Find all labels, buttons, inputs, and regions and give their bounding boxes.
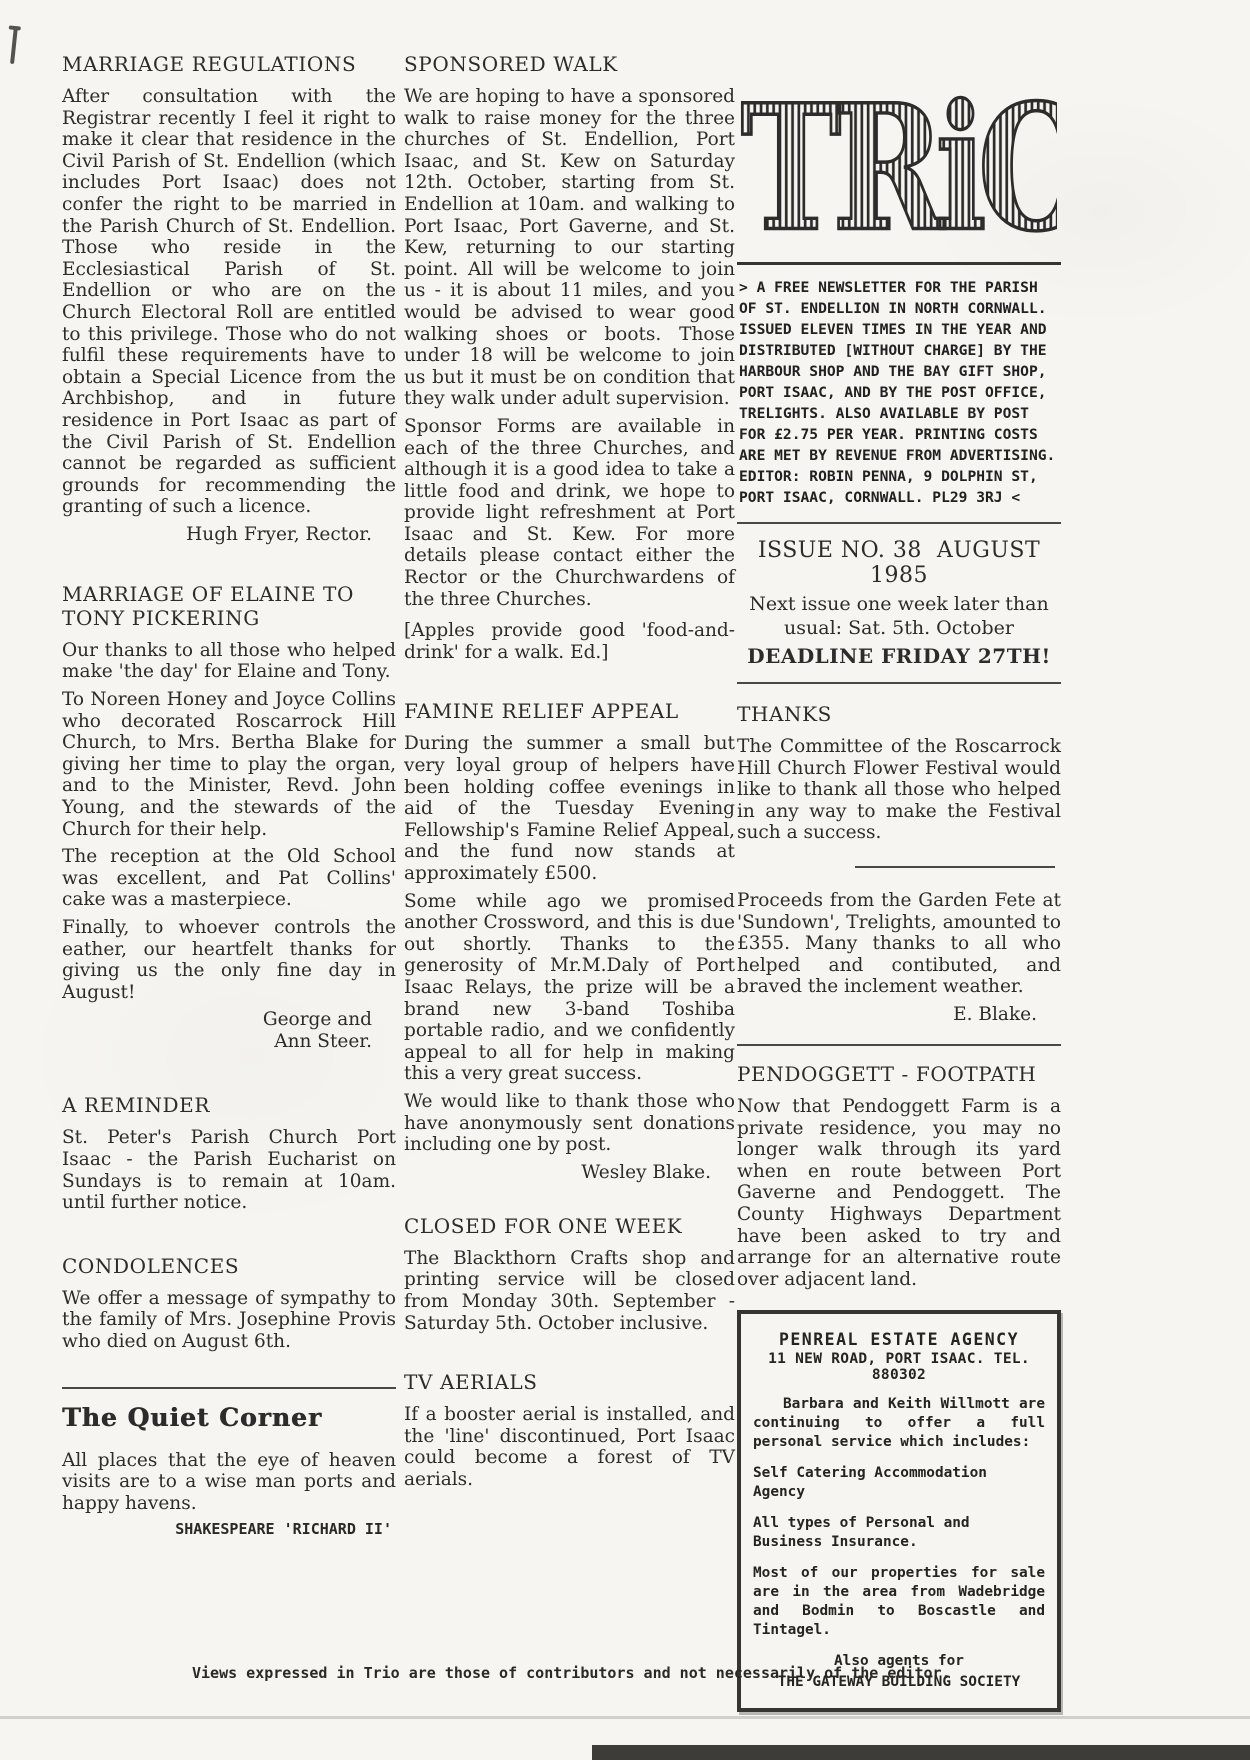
article-signature: E. Blake. <box>737 1004 1037 1026</box>
article-title: FAMINE RELIEF APPEAL <box>404 699 735 723</box>
article-paragraph: During the summer a small but very loyal… <box>404 733 735 884</box>
trio-masthead: TRiO <box>739 56 1061 262</box>
article-thanks: THANKS The Committee of the Roscarrock H… <box>737 702 1061 1026</box>
article-paragraph: St. Peter's Parish Church Port Isaac - t… <box>62 1127 396 1213</box>
advert-address: 11 NEW ROAD, PORT ISAAC. TEL. 880302 <box>753 1351 1045 1383</box>
next-issue-note: Next issue one week later than usual: Sa… <box>737 592 1061 640</box>
article-paragraph: Our thanks to all those who helped make … <box>62 640 396 683</box>
article-paragraph: Some while ago we promised another Cross… <box>404 891 735 1085</box>
article-paragraph: We offer a message of sympathy to the fa… <box>62 1288 396 1353</box>
article-paragraph: After consultation with the Registrar re… <box>62 86 396 518</box>
advert-item: All types of Personal and Business Insur… <box>753 1514 1045 1552</box>
article-paragraph: Sponsor Forms are available in each of t… <box>404 416 735 610</box>
bottom-scan-bar <box>592 1745 1250 1760</box>
editor-note: [Apples provide good 'food-and-drink' fo… <box>404 620 735 663</box>
article-title: A REMINDER <box>62 1093 396 1117</box>
column-left: MARRIAGE REGULATIONS After consultation … <box>62 52 396 1538</box>
bottom-rule <box>0 1716 1250 1719</box>
article-title: MARRIAGE REGULATIONS <box>62 52 396 76</box>
article-closed-for-one-week: CLOSED FOR ONE WEEK The Blackthorn Craft… <box>404 1214 735 1334</box>
advert-properties: Most of our properties for sale are in t… <box>753 1564 1045 1640</box>
deadline-note: DEADLINE FRIDAY 27TH! <box>737 644 1061 668</box>
article-tv-aerials: TV AERIALS If a booster aerial is instal… <box>404 1370 735 1490</box>
column-right: TRiO > A FREE NEWSLETTER FOR THE PARISH … <box>737 52 1061 1712</box>
scan-pen-mark <box>10 26 18 64</box>
article-condolences: CONDOLENCES We offer a message of sympat… <box>62 1254 396 1353</box>
divider-short <box>855 866 1055 868</box>
article-title: CLOSED FOR ONE WEEK <box>404 1214 735 1238</box>
quiet-corner-quote: All places that the eye of heaven visits… <box>62 1450 396 1515</box>
article-paragraph: Now that Pendoggett Farm is a private re… <box>737 1096 1061 1290</box>
article-paragraph: The reception at the Old School was exce… <box>62 846 396 911</box>
article-title: CONDOLENCES <box>62 1254 396 1278</box>
article-marriage-regulations: MARRIAGE REGULATIONS After consultation … <box>62 52 396 546</box>
article-title: SPONSORED WALK <box>404 52 735 76</box>
issue-block: ISSUE NO. 38 AUGUST 1985 Next issue one … <box>737 538 1061 668</box>
article-paragraph: If a booster aerial is installed, and th… <box>404 1404 735 1490</box>
article-pendoggett-footpath: PENDOGGETT - FOOTPATH Now that Pendogget… <box>737 1062 1061 1290</box>
article-paragraph: The Blackthorn Crafts shop and printing … <box>404 1248 735 1334</box>
divider <box>737 522 1061 524</box>
quiet-corner-title: The Quiet Corner <box>62 1403 396 1432</box>
trio-logo-text: TRiO <box>741 67 1057 258</box>
article-paragraph: We would like to thank those who have an… <box>404 1091 735 1156</box>
article-signature: Hugh Fryer, Rector. <box>62 524 372 546</box>
article-title: THANKS <box>737 702 1061 726</box>
divider <box>737 682 1061 684</box>
article-paragraph: The Committee of the Roscarrock Hill Chu… <box>737 736 1061 844</box>
article-signature: George and Ann Steer. <box>62 1009 372 1053</box>
advert-item: Self Catering Accommodation Agency <box>753 1464 1045 1502</box>
issue-number: ISSUE NO. 38 AUGUST 1985 <box>737 538 1061 588</box>
trio-logo: TRiO <box>739 56 1057 258</box>
article-paragraph: Proceeds from the Garden Fete at 'Sundow… <box>737 890 1061 998</box>
article-title: MARRIAGE OF ELAINE TO TONY PICKERING <box>62 582 396 630</box>
quiet-corner: The Quiet Corner All places that the eye… <box>62 1403 396 1539</box>
advert-intro: Barbara and Keith Willmott are continuin… <box>753 1395 1045 1452</box>
divider <box>62 1387 396 1389</box>
article-marriage-of-elaine: MARRIAGE OF ELAINE TO TONY PICKERING Our… <box>62 582 396 1054</box>
quiet-corner-attribution: SHAKESPEARE 'RICHARD II' <box>62 1520 392 1538</box>
article-sponsored-walk: SPONSORED WALK We are hoping to have a s… <box>404 52 735 663</box>
article-paragraph: To Noreen Honey and Joyce Collins who de… <box>62 689 396 840</box>
penreal-advert: PENREAL ESTATE AGENCY 11 NEW ROAD, PORT … <box>737 1310 1061 1712</box>
article-paragraph: Finally, to whoever controls the eather,… <box>62 917 396 1003</box>
footer-disclaimer: Views expressed in Trio are those of con… <box>192 1664 1092 1682</box>
advert-name: PENREAL ESTATE AGENCY <box>753 1330 1045 1349</box>
masthead-info: > A FREE NEWSLETTER FOR THE PARISH OF ST… <box>739 277 1061 508</box>
divider <box>737 1044 1061 1046</box>
article-title: TV AERIALS <box>404 1370 735 1394</box>
column-middle: SPONSORED WALK We are hoping to have a s… <box>404 52 735 1496</box>
article-title: PENDOGGETT - FOOTPATH <box>737 1062 1061 1086</box>
newsletter-page: MARRIAGE REGULATIONS After consultation … <box>0 0 1250 1760</box>
divider <box>737 262 1061 265</box>
article-signature: Wesley Blake. <box>404 1162 711 1184</box>
article-a-reminder: A REMINDER St. Peter's Parish Church Por… <box>62 1093 396 1213</box>
article-paragraph: We are hoping to have a sponsored walk t… <box>404 86 735 410</box>
article-famine-relief-appeal: FAMINE RELIEF APPEAL During the summer a… <box>404 699 735 1183</box>
